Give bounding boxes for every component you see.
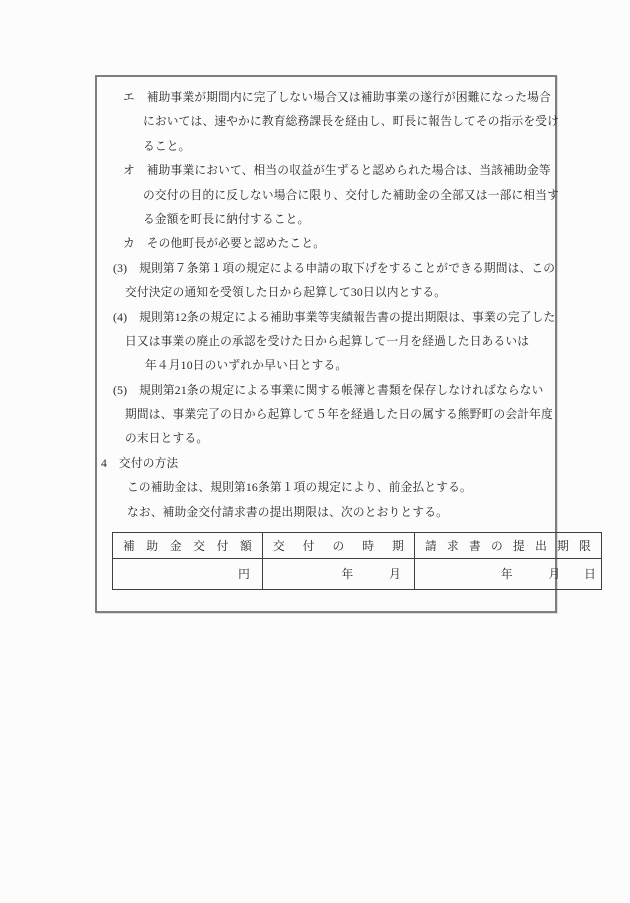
document-line: (4) 規則第12条の規定による補助事業等実績報告書の提出期限は、事業の完了した (97, 306, 555, 330)
table-cell-amount-yen: 円 (113, 559, 263, 590)
table-cell-deadline-year-month-day: 年 月 日 (415, 559, 602, 590)
document-line: ること。 (97, 135, 555, 159)
document-line: る金額を町長に納付すること。 (97, 208, 555, 232)
table-value-row: 円 年 月 年 月 日 (113, 559, 602, 590)
document-line: 4 交付の方法 (97, 452, 555, 476)
document-line: なお、補助金交付請求書の提出期限は、次のとおりとする。 (97, 501, 555, 525)
table-cell-payment-year-month: 年 月 (263, 559, 415, 590)
table-header-row: 補助金交付額 交付の時期 請求書の提出期限 (113, 533, 602, 559)
document-line: オ 補助事業において、相当の収益が生ずると認められた場合は、当該補助金等 (97, 159, 555, 183)
document-line: の交付の目的に反しない場合に限り、交付した補助金の全部又は一部に相当す (97, 184, 555, 208)
document-line: (3) 規則第７条第１項の規定による申請の取下げをすることができる期間は、この (97, 257, 555, 281)
document-line: の末日とする。 (97, 427, 555, 451)
document-line: においては、速やかに教育総務課長を経由し、町長に報告してその指示を受け (97, 110, 555, 134)
document-body-text: エ 補助事業が期間内に完了しない場合又は補助事業の遂行が困難になった場合 におい… (97, 77, 555, 525)
document-line: 交付決定の通知を受領した日から起算して30日以内とする。 (97, 281, 555, 305)
document-line: 期間は、事業完了の日から起算して５年を経過した日の属する熊野町の会計年度 (97, 403, 555, 427)
document-line: エ 補助事業が期間内に完了しない場合又は補助事業の遂行が困難になった場合 (97, 86, 555, 110)
document-line: 日又は事業の廃止の承認を受けた日から起算して一月を経過した日あるいは (97, 330, 555, 354)
table-header-grant-amount: 補助金交付額 (113, 533, 263, 559)
table-header-payment-time: 交付の時期 (263, 533, 415, 559)
payment-schedule-table: 補助金交付額 交付の時期 請求書の提出期限 円 年 月 年 月 日 (112, 532, 602, 590)
document-line: 年４月10日のいずれか早い日とする。 (97, 354, 555, 378)
document-line: (5) 規則第21条の規定による事業に関する帳簿と書類を保存しなければならない (97, 379, 555, 403)
table-header-invoice-deadline: 請求書の提出期限 (415, 533, 602, 559)
document-line: この補助金は、規則第16条第１項の規定により、前金払とする。 (97, 476, 555, 500)
document-line: カ その他町長が必要と認めたこと。 (97, 232, 555, 256)
document-border-box: エ 補助事業が期間内に完了しない場合又は補助事業の遂行が困難になった場合 におい… (95, 75, 557, 613)
